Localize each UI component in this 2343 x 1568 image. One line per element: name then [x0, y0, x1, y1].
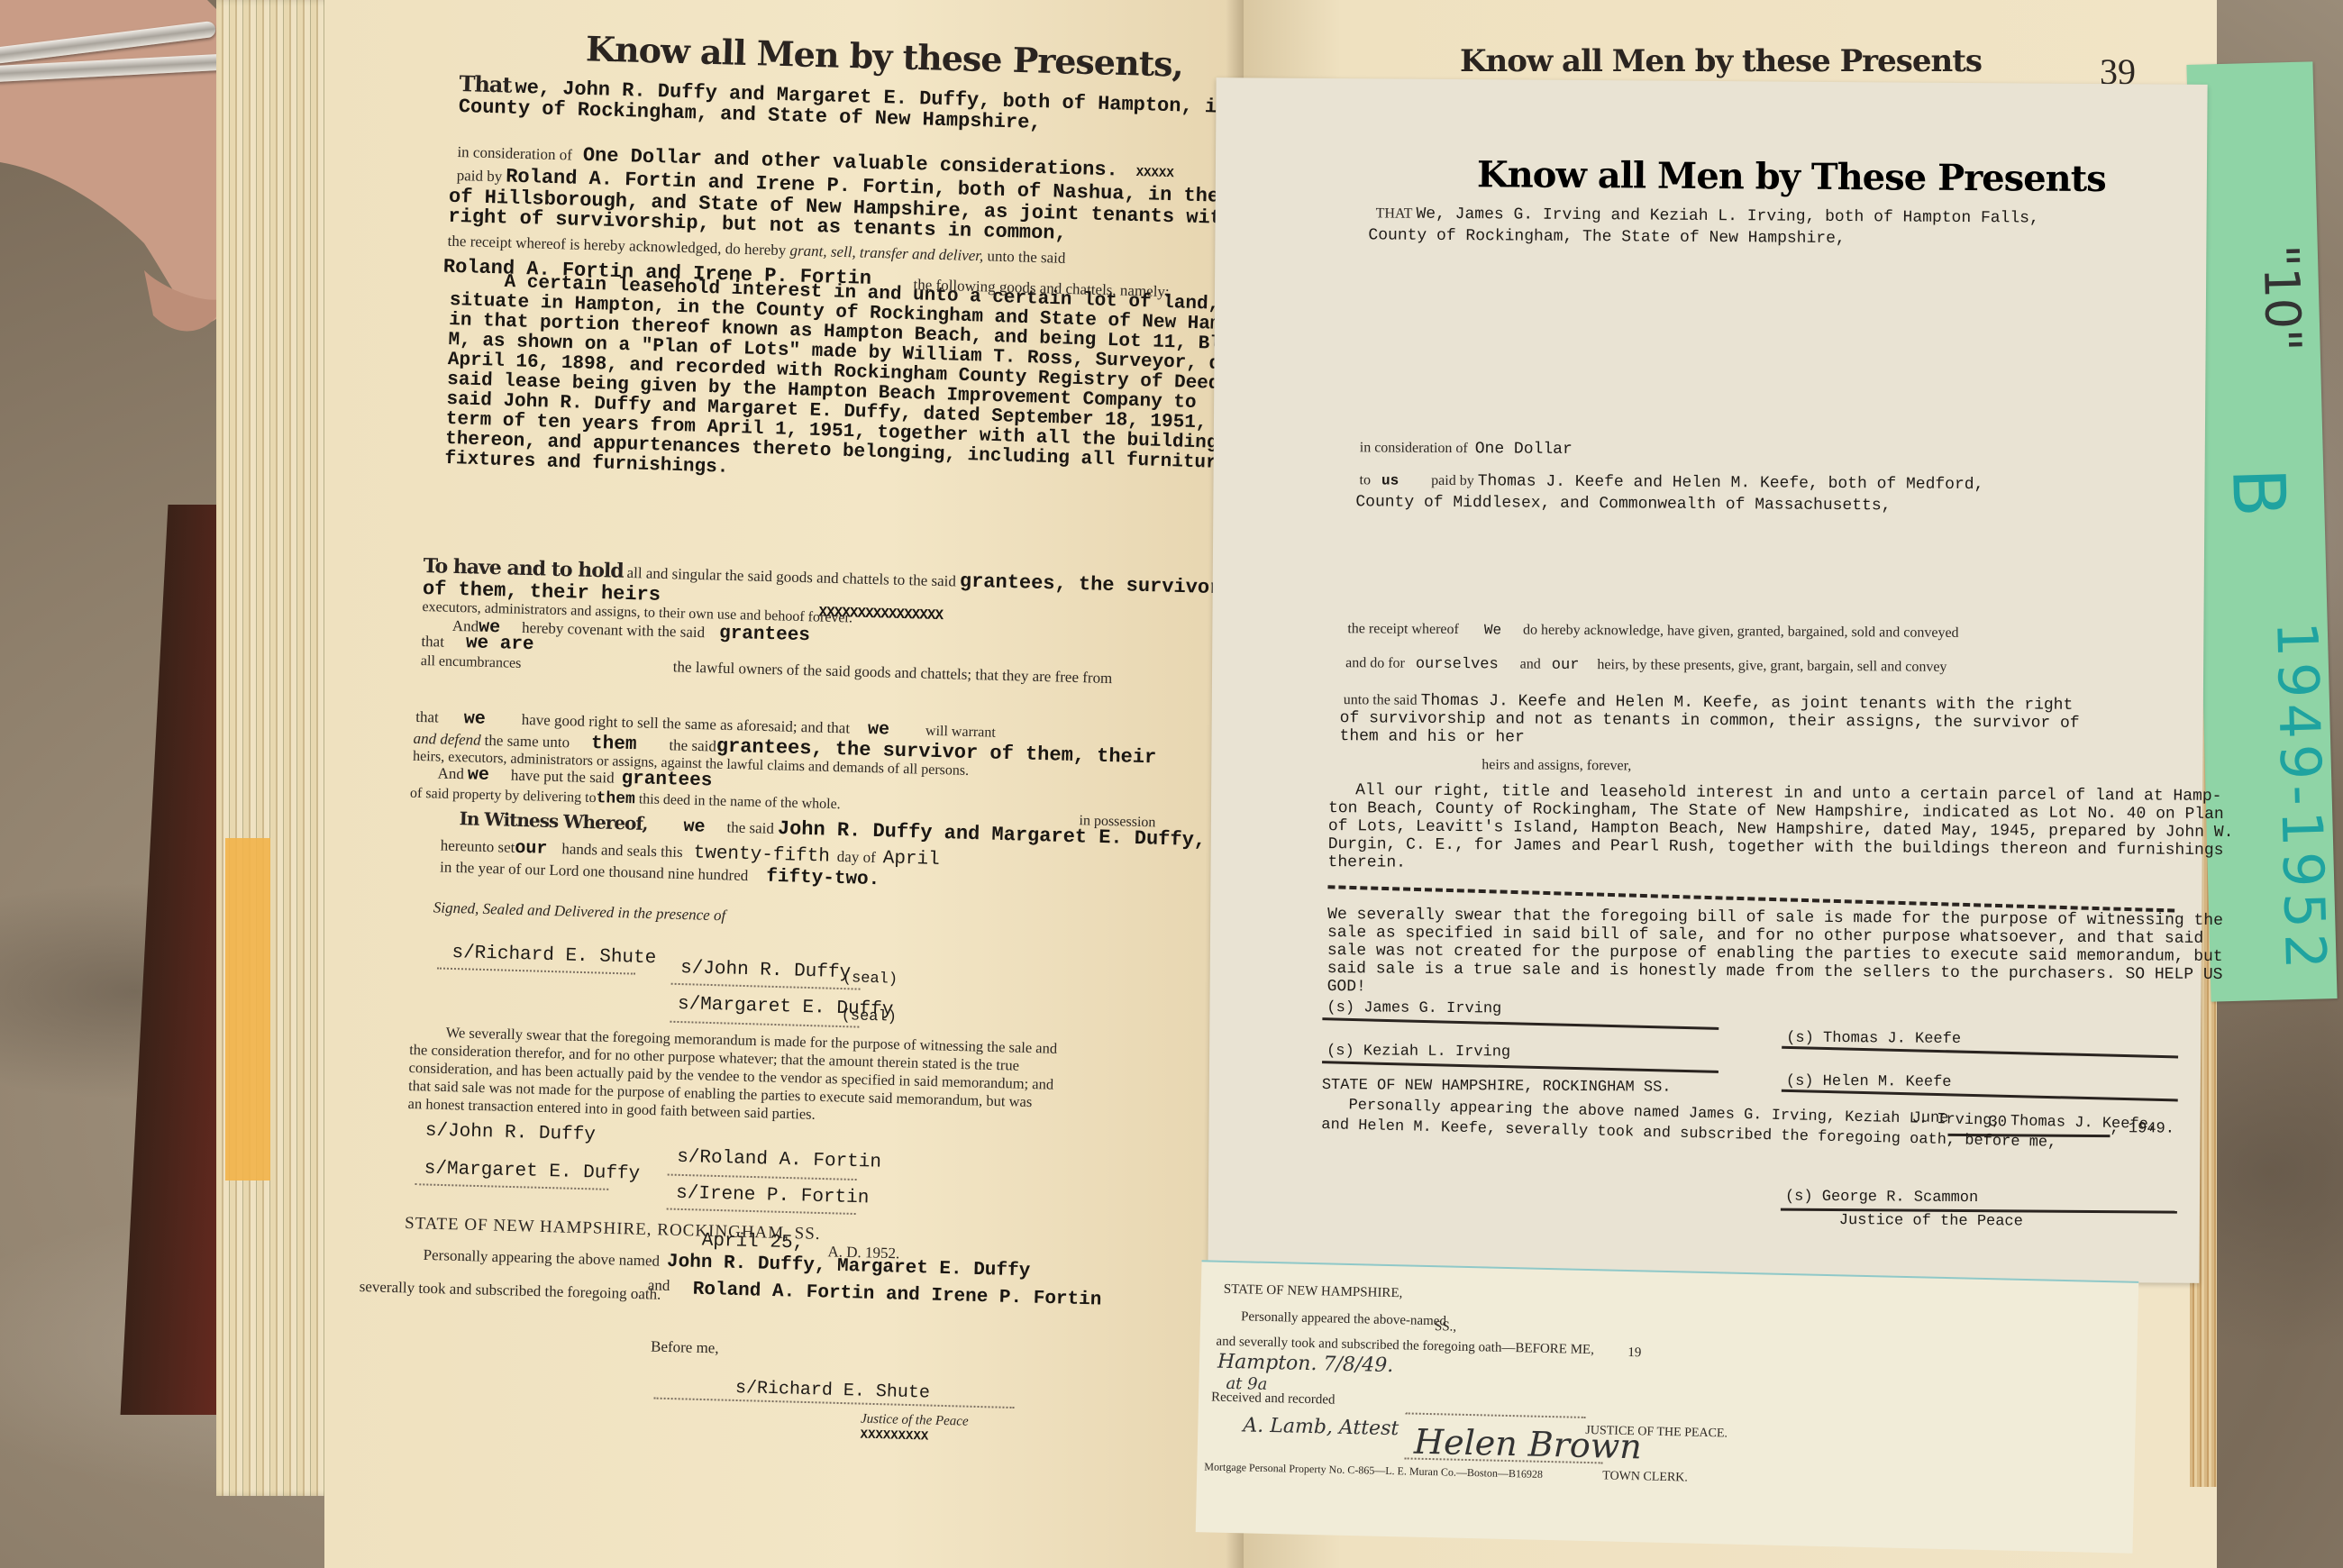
that-label-2: that [415, 708, 439, 726]
put-grantees: grantees [621, 769, 712, 792]
insert-consideration-label: in consideration of [1360, 440, 1468, 456]
handwritten-place-date: Hampton. 7/8/49. [1217, 1351, 1394, 1377]
insert-jp-signature: (s) George R. Scammon [1785, 1189, 1978, 1207]
our: our [515, 838, 548, 860]
oath-signature: s/Margaret E. Duffy [424, 1158, 640, 1184]
footer-year-prefix: 19 [1627, 1345, 1641, 1361]
seals: and seals this [601, 842, 683, 861]
insert-receipt-label: the receipt whereof [1347, 621, 1459, 637]
insert-oath-line: GOD! [1327, 978, 1366, 996]
insert-grantors-line-1: We, James G. Irving and Keziah L. Irving… [1416, 205, 2038, 228]
witness-said: the said [726, 818, 774, 836]
signature-thomas-keefe: (s) Thomas J. Keefe [1786, 1030, 1961, 1048]
that-word: THAT [1376, 205, 1413, 221]
insert-jp-title: Justice of the Peace [1839, 1212, 2023, 1230]
form-footer: STATE OF NEW HAMPSHIRE, SS., Personally … [1196, 1260, 2139, 1554]
tab-years: 1949-1952 [2264, 621, 2338, 976]
insert-receipt-we: We [1484, 622, 1501, 638]
state-date: April 25, [701, 1231, 804, 1254]
do-for: and do for [1345, 655, 1405, 670]
seal-label: (seal) [841, 1007, 897, 1026]
defend-text: the same unto [484, 732, 570, 751]
orange-insert [225, 838, 270, 1181]
insert-state-label: STATE OF NEW HAMPSHIRE, ROCKINGHAM SS. [1322, 1077, 1672, 1097]
month: April [882, 848, 940, 871]
severally-text: severally took and subscribed the forego… [359, 1278, 661, 1304]
insert-grantors-line-2: County of Rockingham, The State of New H… [1368, 226, 1845, 248]
hereunto: hereunto set [441, 837, 515, 856]
insert-heading: Know all Men by These Presents [1477, 153, 2106, 200]
insert-receipt-text: do hereby acknowledge, have given, grant… [1523, 623, 1959, 641]
left-page: Know all Men by these Presents, That we,… [324, 0, 1262, 1568]
oath-signature: s/Roland A. Fortin [677, 1147, 881, 1173]
insert-our: our [1552, 657, 1580, 674]
paid-by-label: paid by [456, 167, 502, 185]
owners-text: the lawful owners of the said goods and … [673, 658, 1113, 688]
put-we: we [468, 764, 490, 786]
put-and: And [437, 764, 464, 782]
day-value: twenty-fifth [693, 843, 830, 867]
us: us [1381, 472, 1399, 488]
heirs-text: heirs, by these presents, give, grant, b… [1597, 657, 1946, 675]
tab-letter: B [2216, 467, 2301, 518]
receipt-text-a: the receipt whereof is hereby acknowledg… [447, 232, 786, 259]
covenant-text: hereby covenant with the said [522, 619, 705, 641]
before-me: Before me, [651, 1337, 719, 1357]
footer-received: Received and recorded [1211, 1390, 1336, 1408]
consideration-strike: XXXXX [1135, 166, 1173, 181]
signature-line [671, 983, 861, 990]
signature-line [670, 1021, 859, 1028]
receipt-text-c: unto the said [987, 247, 1065, 266]
grantor-signature-1: s/John R. Duffy [680, 958, 852, 983]
jp-title: Justice of the Peace [861, 1412, 969, 1430]
bill-of-sale-insert: Know all Men by These Presents THAT We, … [1208, 77, 2207, 1283]
insert-paid-by-label: paid by [1431, 473, 1474, 488]
to-label: to [1359, 472, 1371, 488]
hands: hands [561, 840, 597, 858]
and-word: and [1520, 657, 1541, 672]
delivering-them: them [596, 789, 635, 808]
them: them [591, 734, 637, 755]
oath-signature: s/John R. Duffy [425, 1120, 597, 1145]
signature-line [1322, 1061, 1719, 1073]
unto-line-3: them and his or her [1339, 727, 1524, 746]
we-3: we [868, 719, 890, 741]
covenant-grantees: grantees [719, 624, 810, 647]
witness-head: In Witness Whereof, [459, 807, 648, 834]
insert-consideration-value: One Dollar [1475, 440, 1573, 459]
signature-james-irving: (s) James G. Irving [1326, 999, 1501, 1017]
signature-line [1322, 1017, 1719, 1030]
footer-town-clerk: TOWN CLERK. [1602, 1469, 1688, 1485]
put-text: have put the said [511, 767, 615, 787]
signed-sealed: Signed, Sealed and Delivered in the pres… [433, 898, 726, 925]
receipt-text-b: grant, sell, transfer and deliver, [789, 242, 983, 264]
signature-line [667, 1208, 856, 1215]
we-are: we are [466, 633, 534, 655]
signature-helen-keefe: (s) Helen M. Keefe [1786, 1073, 1952, 1091]
personally-names-1: John R. Duffy, Margaret E. Duffy [667, 1252, 1031, 1282]
delivering-text: of said property by delivering to [410, 786, 597, 806]
ourselves: ourselves [1416, 656, 1499, 674]
year-value: fifty-two. [766, 867, 880, 891]
insert-grantees-line-2: County of Middlesex, and Commonwealth of… [1355, 493, 1891, 515]
signature-line [415, 1183, 608, 1190]
insert-description-line: therein. [1328, 853, 1407, 872]
notary-strike: XXXXXXXXX [860, 1428, 928, 1445]
underlying-heading: Know all Men by these Presents [1460, 43, 1982, 79]
signature-line [1782, 1089, 2178, 1102]
deed-text: this deed in the name of the whole. [639, 791, 841, 812]
encumbrances-label: all encumbrances [421, 653, 522, 672]
signature-line [1782, 1046, 2178, 1059]
handwritten-attest: A. Lamb, Attest [1243, 1414, 1399, 1440]
defend-label: and defend [413, 730, 481, 749]
intro-word: That [459, 70, 512, 98]
will-warrant: will warrant [925, 724, 996, 741]
tab-number: "10" [2252, 244, 2311, 352]
personally-names-2: Roland A. Fortin and Irene P. Fortin [692, 1280, 1101, 1311]
signature-line [668, 1174, 857, 1181]
seal-label: (seal) [843, 970, 898, 989]
index-tab: "10" B 1949-1952 [2186, 61, 2337, 1001]
signature-keziah-irving: (s) Keziah L. Irving [1326, 1043, 1510, 1061]
insert-grantees-line-1: Thomas J. Keefe and Helen M. Keefe, both… [1478, 472, 1984, 494]
personally-label: Personally appearing the above named [423, 1246, 660, 1270]
unto-said: unto the said [1344, 692, 1418, 708]
witness-signature: s/Richard E. Shute [451, 943, 656, 969]
signature-line [437, 967, 635, 974]
footer-state: STATE OF NEW HAMPSHIRE, [1224, 1282, 1403, 1302]
heirs-assigns: heirs and assigns, forever, [1481, 757, 1631, 774]
consideration-label: in consideration of [457, 143, 572, 164]
oath-signature: s/Irene P. Fortin [676, 1183, 870, 1209]
footer-personally: Personally appeared the above-named [1241, 1309, 1446, 1329]
justice-line [1406, 1412, 1586, 1418]
witness-we: we [683, 816, 706, 838]
that-label: that [421, 633, 444, 651]
we-2: we [463, 708, 486, 730]
day-of: day of [837, 848, 876, 866]
habendum-text: all and singular the said goods and chat… [626, 564, 956, 590]
form-number: Mortgage Personal Property No. C-865—L. … [1204, 1460, 1543, 1481]
habendum-fill-1: grantees, the survivor [960, 570, 1222, 600]
said-label: the said [669, 736, 716, 754]
